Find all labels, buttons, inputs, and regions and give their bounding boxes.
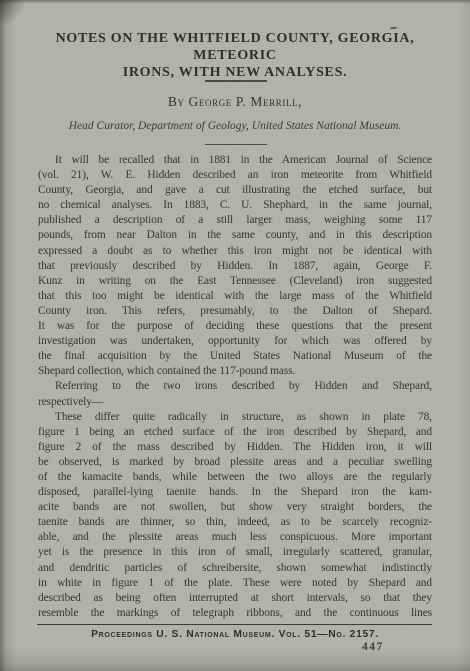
- text-line: figure 1 being an etched surface of the …: [38, 425, 432, 440]
- text-line: (vol. 21), W. E. Hidden described an iro…: [38, 168, 432, 183]
- text-line: These differ quite radically in structur…: [38, 410, 432, 425]
- text-line: of the kamacite bands, while between the…: [38, 470, 432, 485]
- text-line: published a description of a still large…: [38, 213, 432, 228]
- text-line: the final acquisition by the United Stat…: [38, 349, 432, 364]
- text-line: County iron. This refers, presumably, to…: [38, 304, 432, 319]
- text-line: expressed a doubt as to whether this iro…: [38, 244, 432, 259]
- text-line: taenite bands are thinner, so thin, inde…: [38, 515, 432, 530]
- paragraph: Referring to the two irons described by …: [38, 379, 432, 409]
- paragraph: These differ quite radically in structur…: [38, 410, 432, 621]
- journal-imprint: Proceedings U. S. National Museum. Vol. …: [0, 629, 470, 640]
- text-line: pounds, from near Dalton in the same cou…: [38, 228, 432, 243]
- text-line: figure 2 of the mass described by Hidden…: [38, 440, 432, 455]
- text-line: It was for the purpose of deciding these…: [38, 319, 432, 334]
- text-line: able, and the plessite areas much less c…: [38, 530, 432, 545]
- text-line: disposed, parallel-lying taenite bands. …: [38, 485, 432, 500]
- text-line: yet is the presence in this iron of smal…: [38, 545, 432, 560]
- page-number: 447: [362, 641, 384, 653]
- text-line: Kunz in writing on the East Tennessee (C…: [38, 274, 432, 289]
- title-line-1: NOTES ON THE WHITFIELD COUNTY, GEORGIA, …: [20, 30, 450, 64]
- text-line: and dendritic particles of schreibersite…: [38, 561, 432, 576]
- text-line: resemble the markings of telegraph ribbo…: [38, 606, 432, 621]
- text-line: Referring to the two irons described by …: [38, 379, 432, 394]
- text-line: Shepard collection, which contained the …: [38, 364, 432, 379]
- title-divider-rule: [205, 80, 267, 82]
- text-line: County, Georgia, and gave a cut illustra…: [38, 183, 432, 198]
- text-line: that previously described by Hidden. In …: [38, 259, 432, 274]
- footer-divider-rule: [37, 624, 432, 625]
- text-line: in white in figure 1 of the plate. These…: [38, 576, 432, 591]
- text-line: that this too might be identical with th…: [38, 289, 432, 304]
- scanned-paper-page: NOTES ON THE WHITFIELD COUNTY, GEORGIA, …: [0, 0, 470, 671]
- text-line: respectively—: [38, 395, 432, 410]
- text-line: no chemical analyses. In 1883, C. U. She…: [38, 198, 432, 213]
- pen-mark-artifact: [390, 27, 397, 30]
- text-line: be observed, is marked by broad plessite…: [38, 455, 432, 470]
- text-line: investigation was undertaken, opportunit…: [38, 334, 432, 349]
- text-line: acite bands are not swollen, but show ve…: [38, 500, 432, 515]
- page-title: NOTES ON THE WHITFIELD COUNTY, GEORGIA, …: [20, 30, 450, 81]
- paragraph: It will be recalled that in 1881 in the …: [38, 153, 432, 379]
- author-byline: By George P. Merrill,: [0, 94, 470, 110]
- text-line: It will be recalled that in 1881 in the …: [38, 153, 432, 168]
- title-line-2: IRONS, WITH NEW ANALYSES.: [20, 64, 450, 81]
- body-text: It will be recalled that in 1881 in the …: [38, 153, 432, 621]
- byline-divider-rule: [205, 144, 267, 145]
- author-affiliation: Head Curator, Department of Geology, Uni…: [0, 120, 470, 132]
- text-line: described as being often interrupted at …: [38, 591, 432, 606]
